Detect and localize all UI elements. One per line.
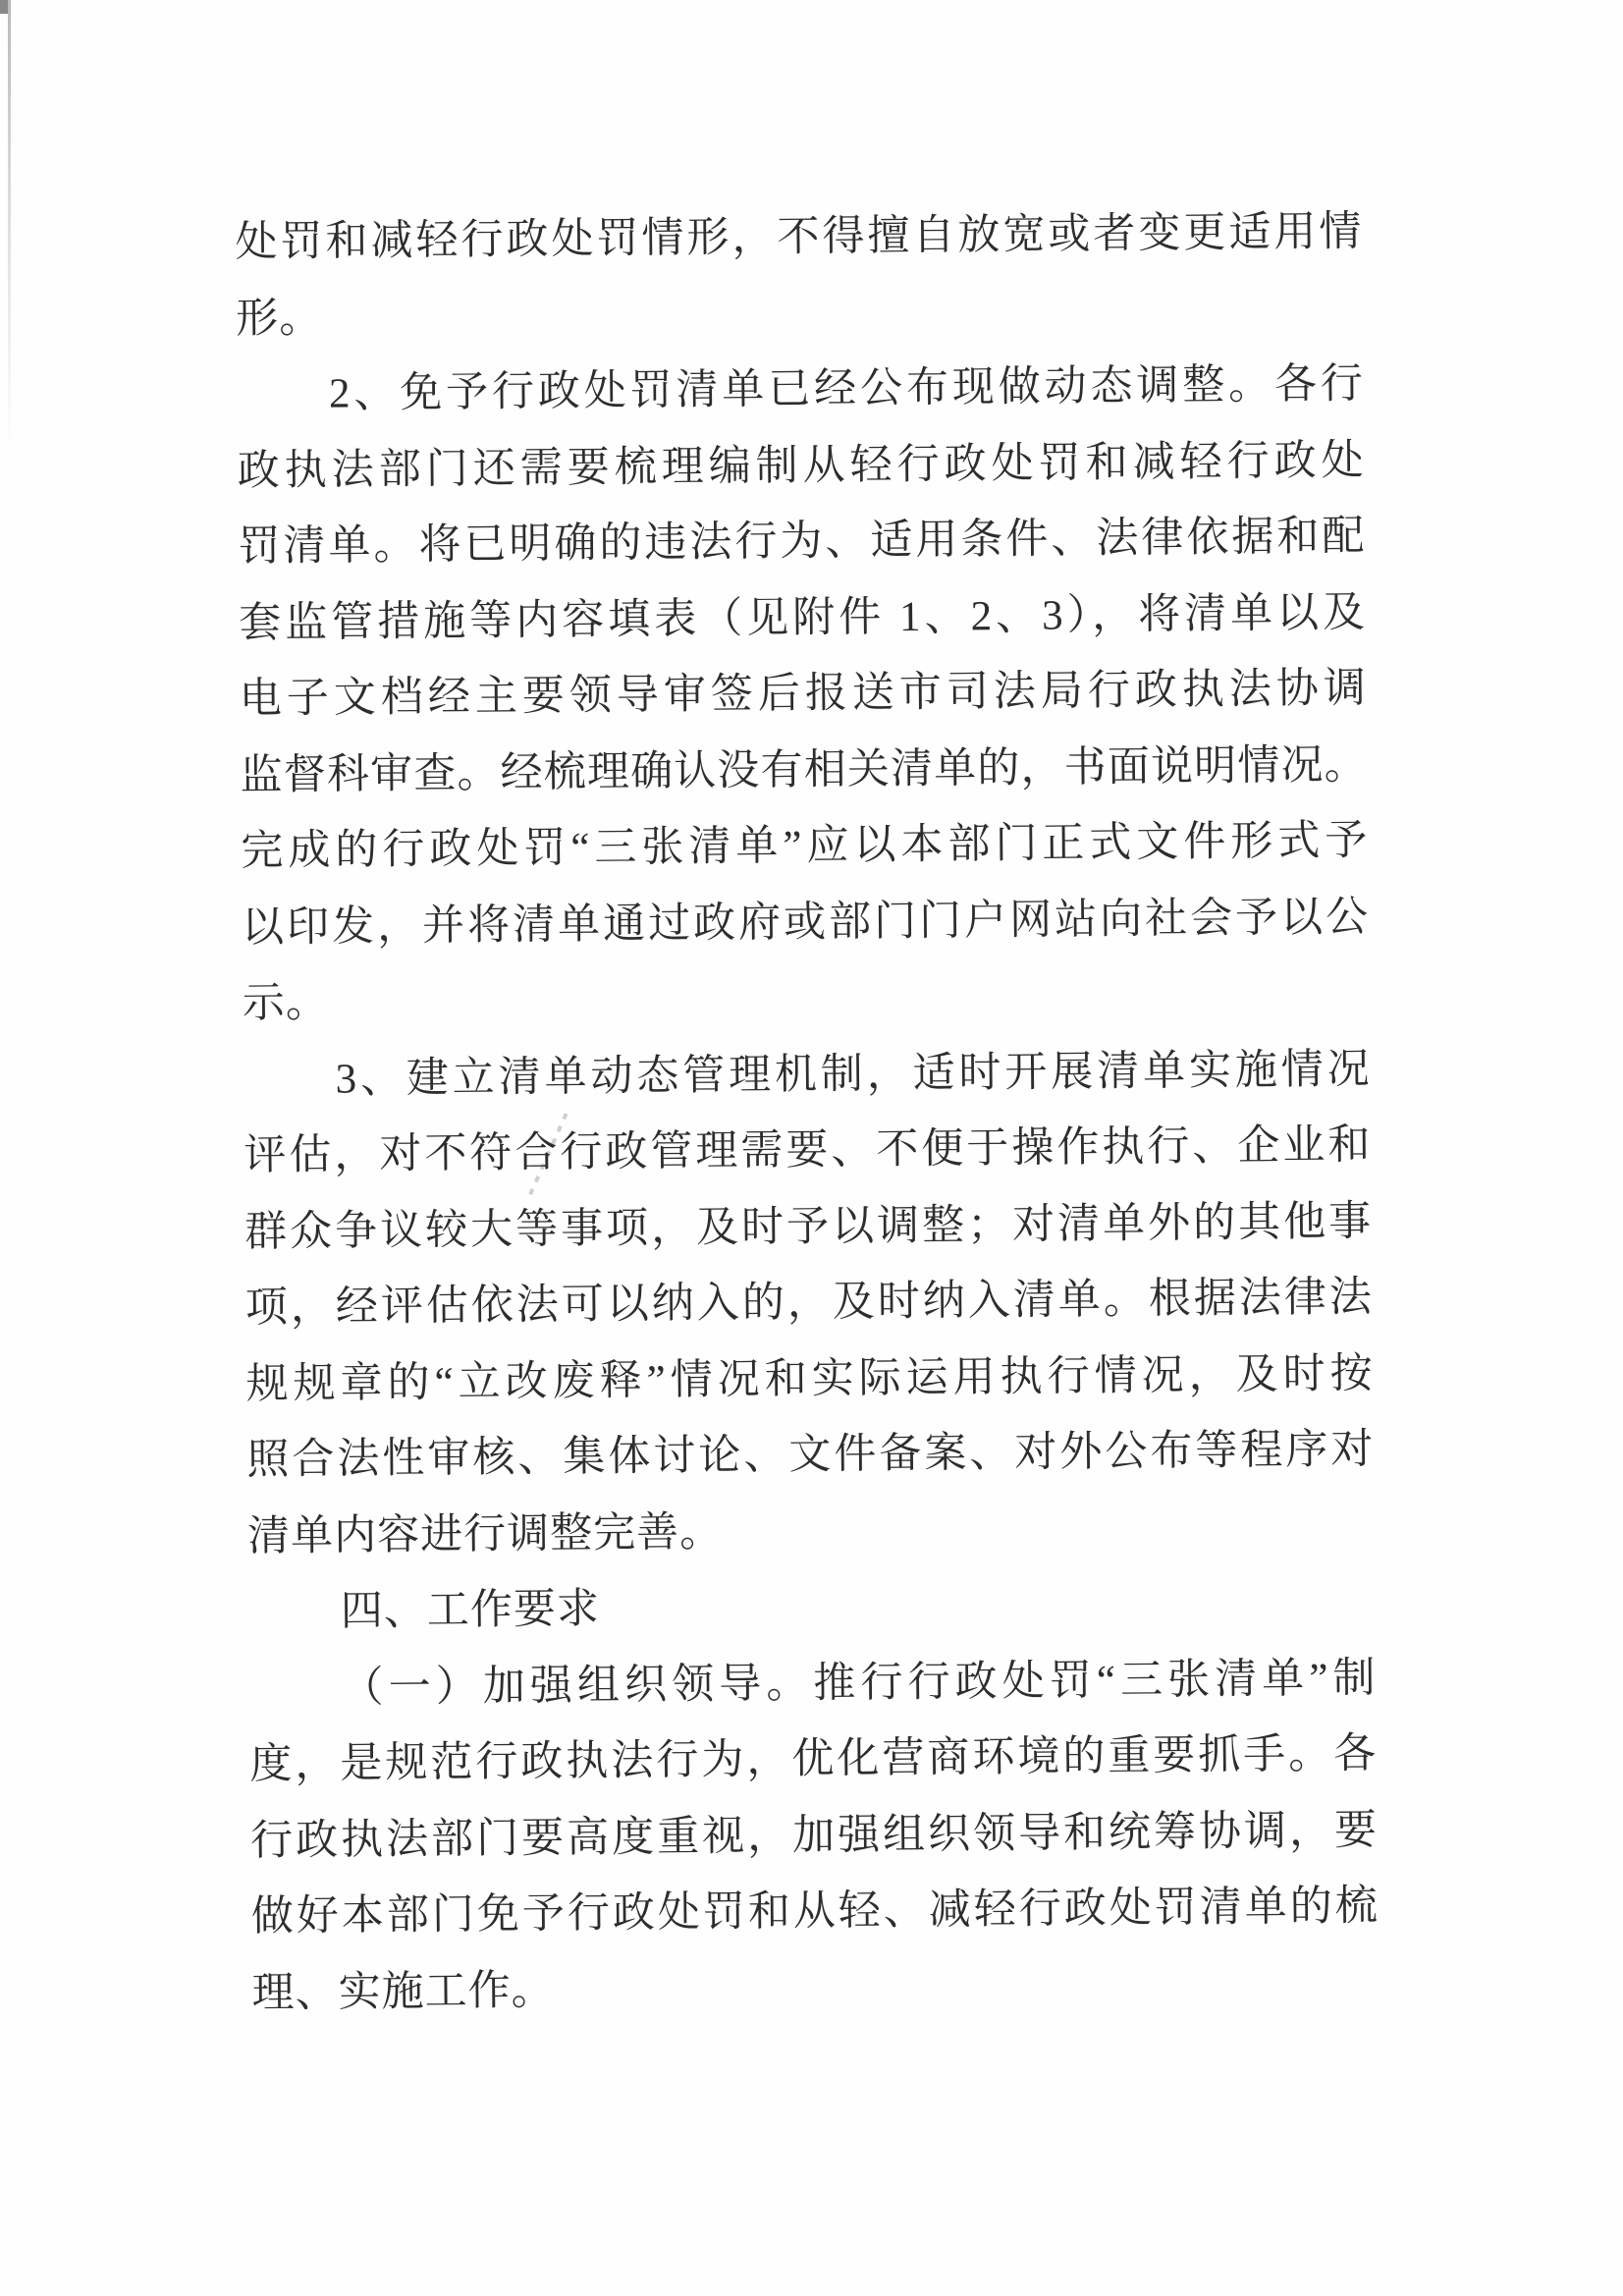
document-text: 处罚和减轻行政处罚情形，不得擅自放宽或者变更适用情形。2、免予行政处罚清单已经公… <box>235 194 1380 2032</box>
document-line: （一）加强组织领导。推行行政处罚“三张清单”制 <box>248 1640 1377 1727</box>
document-line: 群众争议较大等事项，及时予以调整；对清单外的其他事 <box>244 1183 1373 1271</box>
document-line: 罚清单。将已明确的违法行为、适用条件、法律依据和配 <box>238 499 1366 586</box>
document-line: 电子文档经主要领导审签后报送市司法局行政执法协调 <box>240 651 1368 738</box>
document-line: 规规章的“立改废释”情况和实际运用执行情况，及时按 <box>245 1336 1374 1423</box>
document-line: 监督科审查。经梳理确认没有相关清单的，书面说明情况。 <box>240 727 1368 814</box>
scan-edge-line-artifact <box>8 0 11 452</box>
document-line: 行政执法部门要高度重视，加强组织领导和统筹协调，要 <box>250 1792 1379 1880</box>
document-line: 2、免予行政处罚清单已经公布现做动态调整。各行 <box>237 347 1365 434</box>
document-line: 形。 <box>236 270 1364 357</box>
document-line: 理、实施工作。 <box>251 1944 1380 2032</box>
document-page: 处罚和减轻行政处罚情形，不得擅自放宽或者变更适用情形。2、免予行政处罚清单已经公… <box>0 0 1623 2296</box>
document-line: 评估，对不符合行政管理需要、不便于操作执行、企业和 <box>243 1107 1372 1194</box>
document-line: 处罚和减轻行政处罚情形，不得擅自放宽或者变更适用情 <box>235 194 1363 282</box>
document-line: 套监管措施等内容填表（见附件 1、2、3），将清单以及 <box>239 574 1367 662</box>
document-line: 度，是规范行政执法行为，优化营商环境的重要抓手。各 <box>249 1716 1378 1803</box>
document-line: 示。 <box>243 955 1371 1042</box>
document-line: 3、建立清单动态管理机制，适时开展清单实施情况 <box>243 1031 1371 1119</box>
document-line: 做好本部门免予行政处罚和从轻、减轻行政处罚清单的梳 <box>250 1868 1379 1955</box>
document-line: 以印发，并将清单通过政府或部门门户网站向社会予以公 <box>242 879 1370 966</box>
document-line: 完成的行政处罚“三张清单”应以本部门正式文件形式予 <box>241 803 1369 891</box>
document-line: 项，经评估依法可以纳入的，及时纳入清单。根据法律法 <box>245 1259 1374 1346</box>
document-line: 四、工作要求 <box>247 1563 1376 1651</box>
document-line: 照合法性审核、集体讨论、文件备案、对外公布等程序对 <box>246 1411 1375 1499</box>
document-line: 清单内容进行调整完善。 <box>247 1488 1376 1575</box>
document-line: 政执法部门还需要梳理编制从轻行政处罚和减轻行政处 <box>237 422 1365 510</box>
